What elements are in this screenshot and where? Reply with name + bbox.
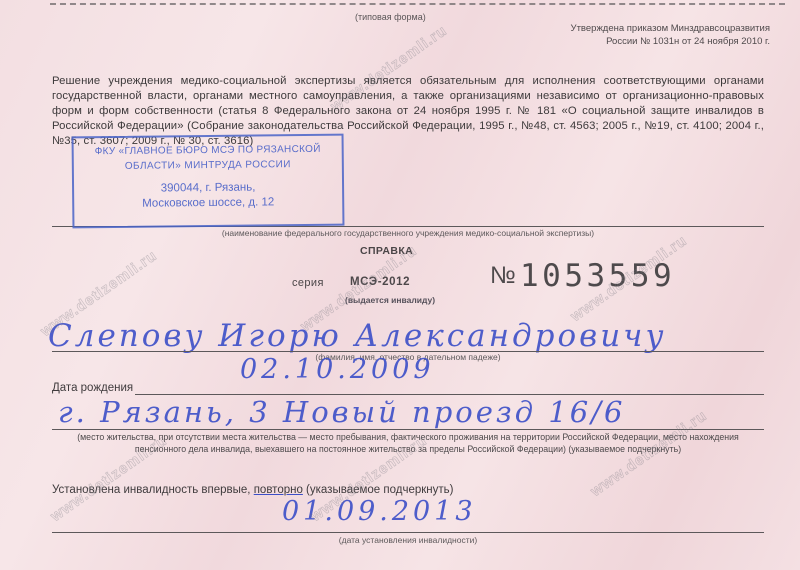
address-handwritten: г. Рязань, 3 Новый проезд 16/6 (58, 395, 625, 429)
institution-caption: (наименование федерального государственн… (52, 228, 764, 238)
stamp-line-4: Московское шоссе, д. 12 (74, 195, 342, 213)
approval-line-1: Утверждена приказом Минздравсоцразвития (571, 22, 770, 35)
form-type-label: (типовая форма) (355, 12, 426, 22)
address-line (52, 429, 764, 430)
approval-note: Утверждена приказом Минздравсоцразвития … (571, 22, 770, 48)
recipient-name-handwritten: Слепову Игорю Александровичу (48, 318, 666, 354)
approval-line-2: России № 1031н от 24 ноября 2010 г. (571, 35, 770, 48)
series-label: серия (292, 277, 324, 289)
established-prefix: Установлена инвалидность впервые, (52, 484, 254, 496)
certificate-page: (типовая форма) Утверждена приказом Минз… (0, 0, 800, 570)
perforation-line (50, 3, 785, 5)
stamp-line-2: ОБЛАСТИ» МИНТРУДА РОССИИ (74, 157, 342, 175)
institution-stamp: ФКУ «ГЛАВНОЕ БЮРО МСЭ ПО РЯЗАНСКОЙ ОБЛАС… (72, 134, 345, 229)
dob-label: Дата рождения (52, 382, 133, 394)
disability-date-handwritten: 01.09.2013 (282, 496, 477, 527)
series-value: МСЭ-2012 (350, 276, 410, 288)
address-caption: (место жительства, при отсутствии места … (52, 431, 764, 455)
established-underlined: повторно (254, 484, 303, 496)
disability-date-caption: (дата установления инвалидности) (52, 535, 764, 545)
disability-date-line (52, 532, 764, 533)
established-suffix: (указываемое подчеркнуть) (303, 484, 454, 496)
disability-established-text: Установлена инвалидность впервые, повтор… (52, 484, 453, 496)
issued-caption: (выдается инвалиду) (345, 295, 435, 305)
document-title: СПРАВКА (360, 245, 413, 257)
certificate-number: 1053559 (520, 258, 675, 294)
stamp-line-1: ФКУ «ГЛАВНОЕ БЮРО МСЭ ПО РЯЗАНСКОЙ (74, 142, 342, 160)
dob-handwritten: 02.10.2009 (240, 354, 435, 385)
number-sign: № (490, 262, 516, 290)
